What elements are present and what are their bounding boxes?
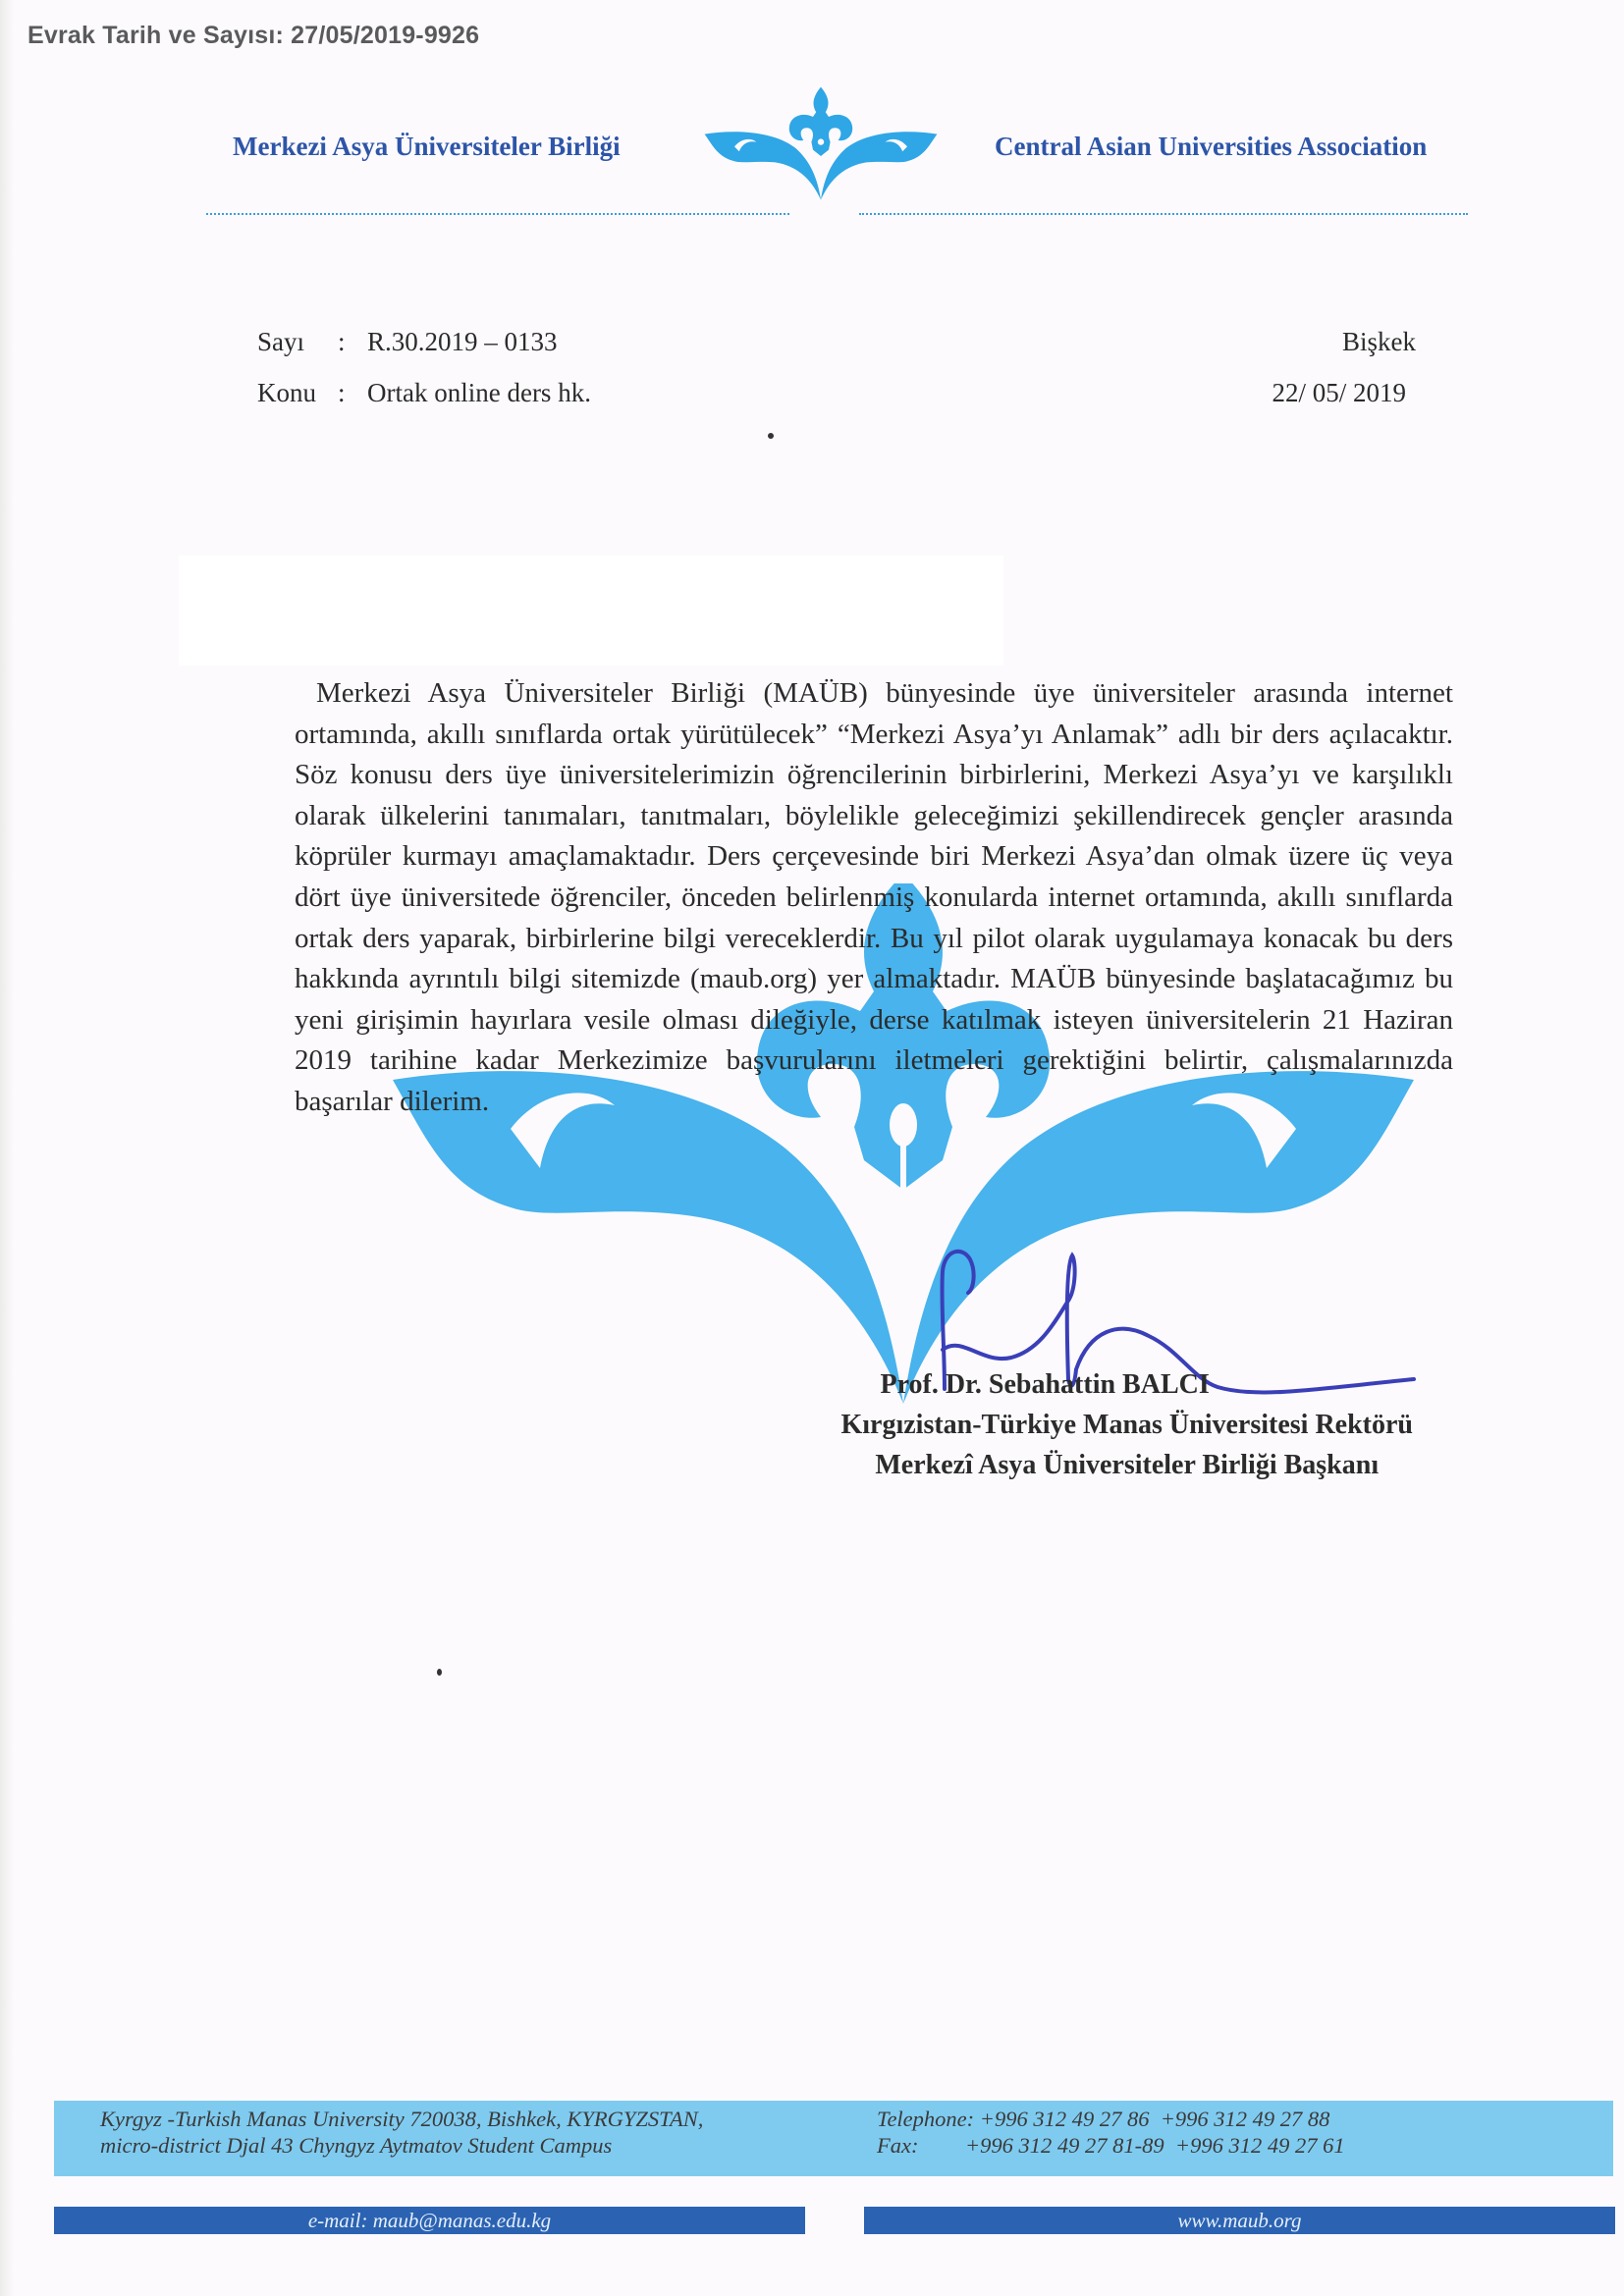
footer-website[interactable]: www.maub.org	[864, 2207, 1615, 2234]
maub-logo-icon	[703, 79, 939, 210]
scan-edge-shadow	[0, 0, 14, 2296]
footer-email[interactable]: e-mail: maub@manas.edu.kg	[54, 2207, 805, 2234]
letter-body: Merkezi Asya Üniversiteler Birliği (MAÜB…	[295, 673, 1453, 1123]
org-name-turkish: Merkezi Asya Üniversiteler Birliği	[233, 132, 621, 162]
address-line-2: micro-district Djal 43 Chyngyz Aytmatov …	[100, 2132, 703, 2159]
header-divider-right	[859, 213, 1468, 215]
reference-number: Sayı:R.30.2019 – 0133	[257, 327, 558, 357]
footer-address: Kyrgyz -Turkish Manas University 720038,…	[100, 2106, 703, 2159]
scan-speck	[437, 1669, 442, 1676]
telephone-value: +996 312 49 27 86 +996 312 49 27 88	[980, 2107, 1330, 2131]
separator: :	[338, 378, 367, 408]
letter-date: 22/ 05/ 2019	[1272, 378, 1406, 408]
footer-phone-fax: Telephone: +996 312 49 27 86 +996 312 49…	[877, 2106, 1345, 2159]
fax-value: +996 312 49 27 81-89 +996 312 49 27 61	[965, 2133, 1345, 2158]
body-paragraph: Merkezi Asya Üniversiteler Birliği (MAÜB…	[295, 673, 1453, 1123]
city: Bişkek	[1342, 327, 1416, 357]
sayi-value: R.30.2019 – 0133	[367, 327, 558, 356]
org-name-english: Central Asian Universities Association	[995, 132, 1427, 162]
signatory-title-2: Merkezî Asya Üniversiteler Birliği Başka…	[840, 1445, 1413, 1485]
separator: :	[338, 327, 367, 357]
konu-value: Ortak online ders hk.	[367, 378, 591, 407]
scan-speck	[768, 433, 774, 439]
telephone-label: Telephone:	[877, 2107, 974, 2131]
konu-label: Konu	[257, 378, 338, 408]
subject: Konu:Ortak online ders hk.	[257, 378, 591, 408]
header-divider-left	[206, 213, 789, 215]
sayi-label: Sayı	[257, 327, 338, 357]
signatory-title-1: Kırgızistan-Türkiye Manas Üniversitesi R…	[840, 1405, 1413, 1445]
document-reference-stamp: Evrak Tarih ve Sayısı: 27/05/2019-9926	[27, 22, 479, 50]
signature-block: Prof. Dr. Sebahattin BALCI Kırgızistan-T…	[840, 1364, 1413, 1485]
fax-label: Fax:	[877, 2132, 965, 2159]
signatory-name: Prof. Dr. Sebahattin BALCI	[880, 1364, 1413, 1405]
address-line-1: Kyrgyz -Turkish Manas University 720038,…	[100, 2106, 703, 2132]
redacted-addressee-block	[179, 556, 1003, 666]
